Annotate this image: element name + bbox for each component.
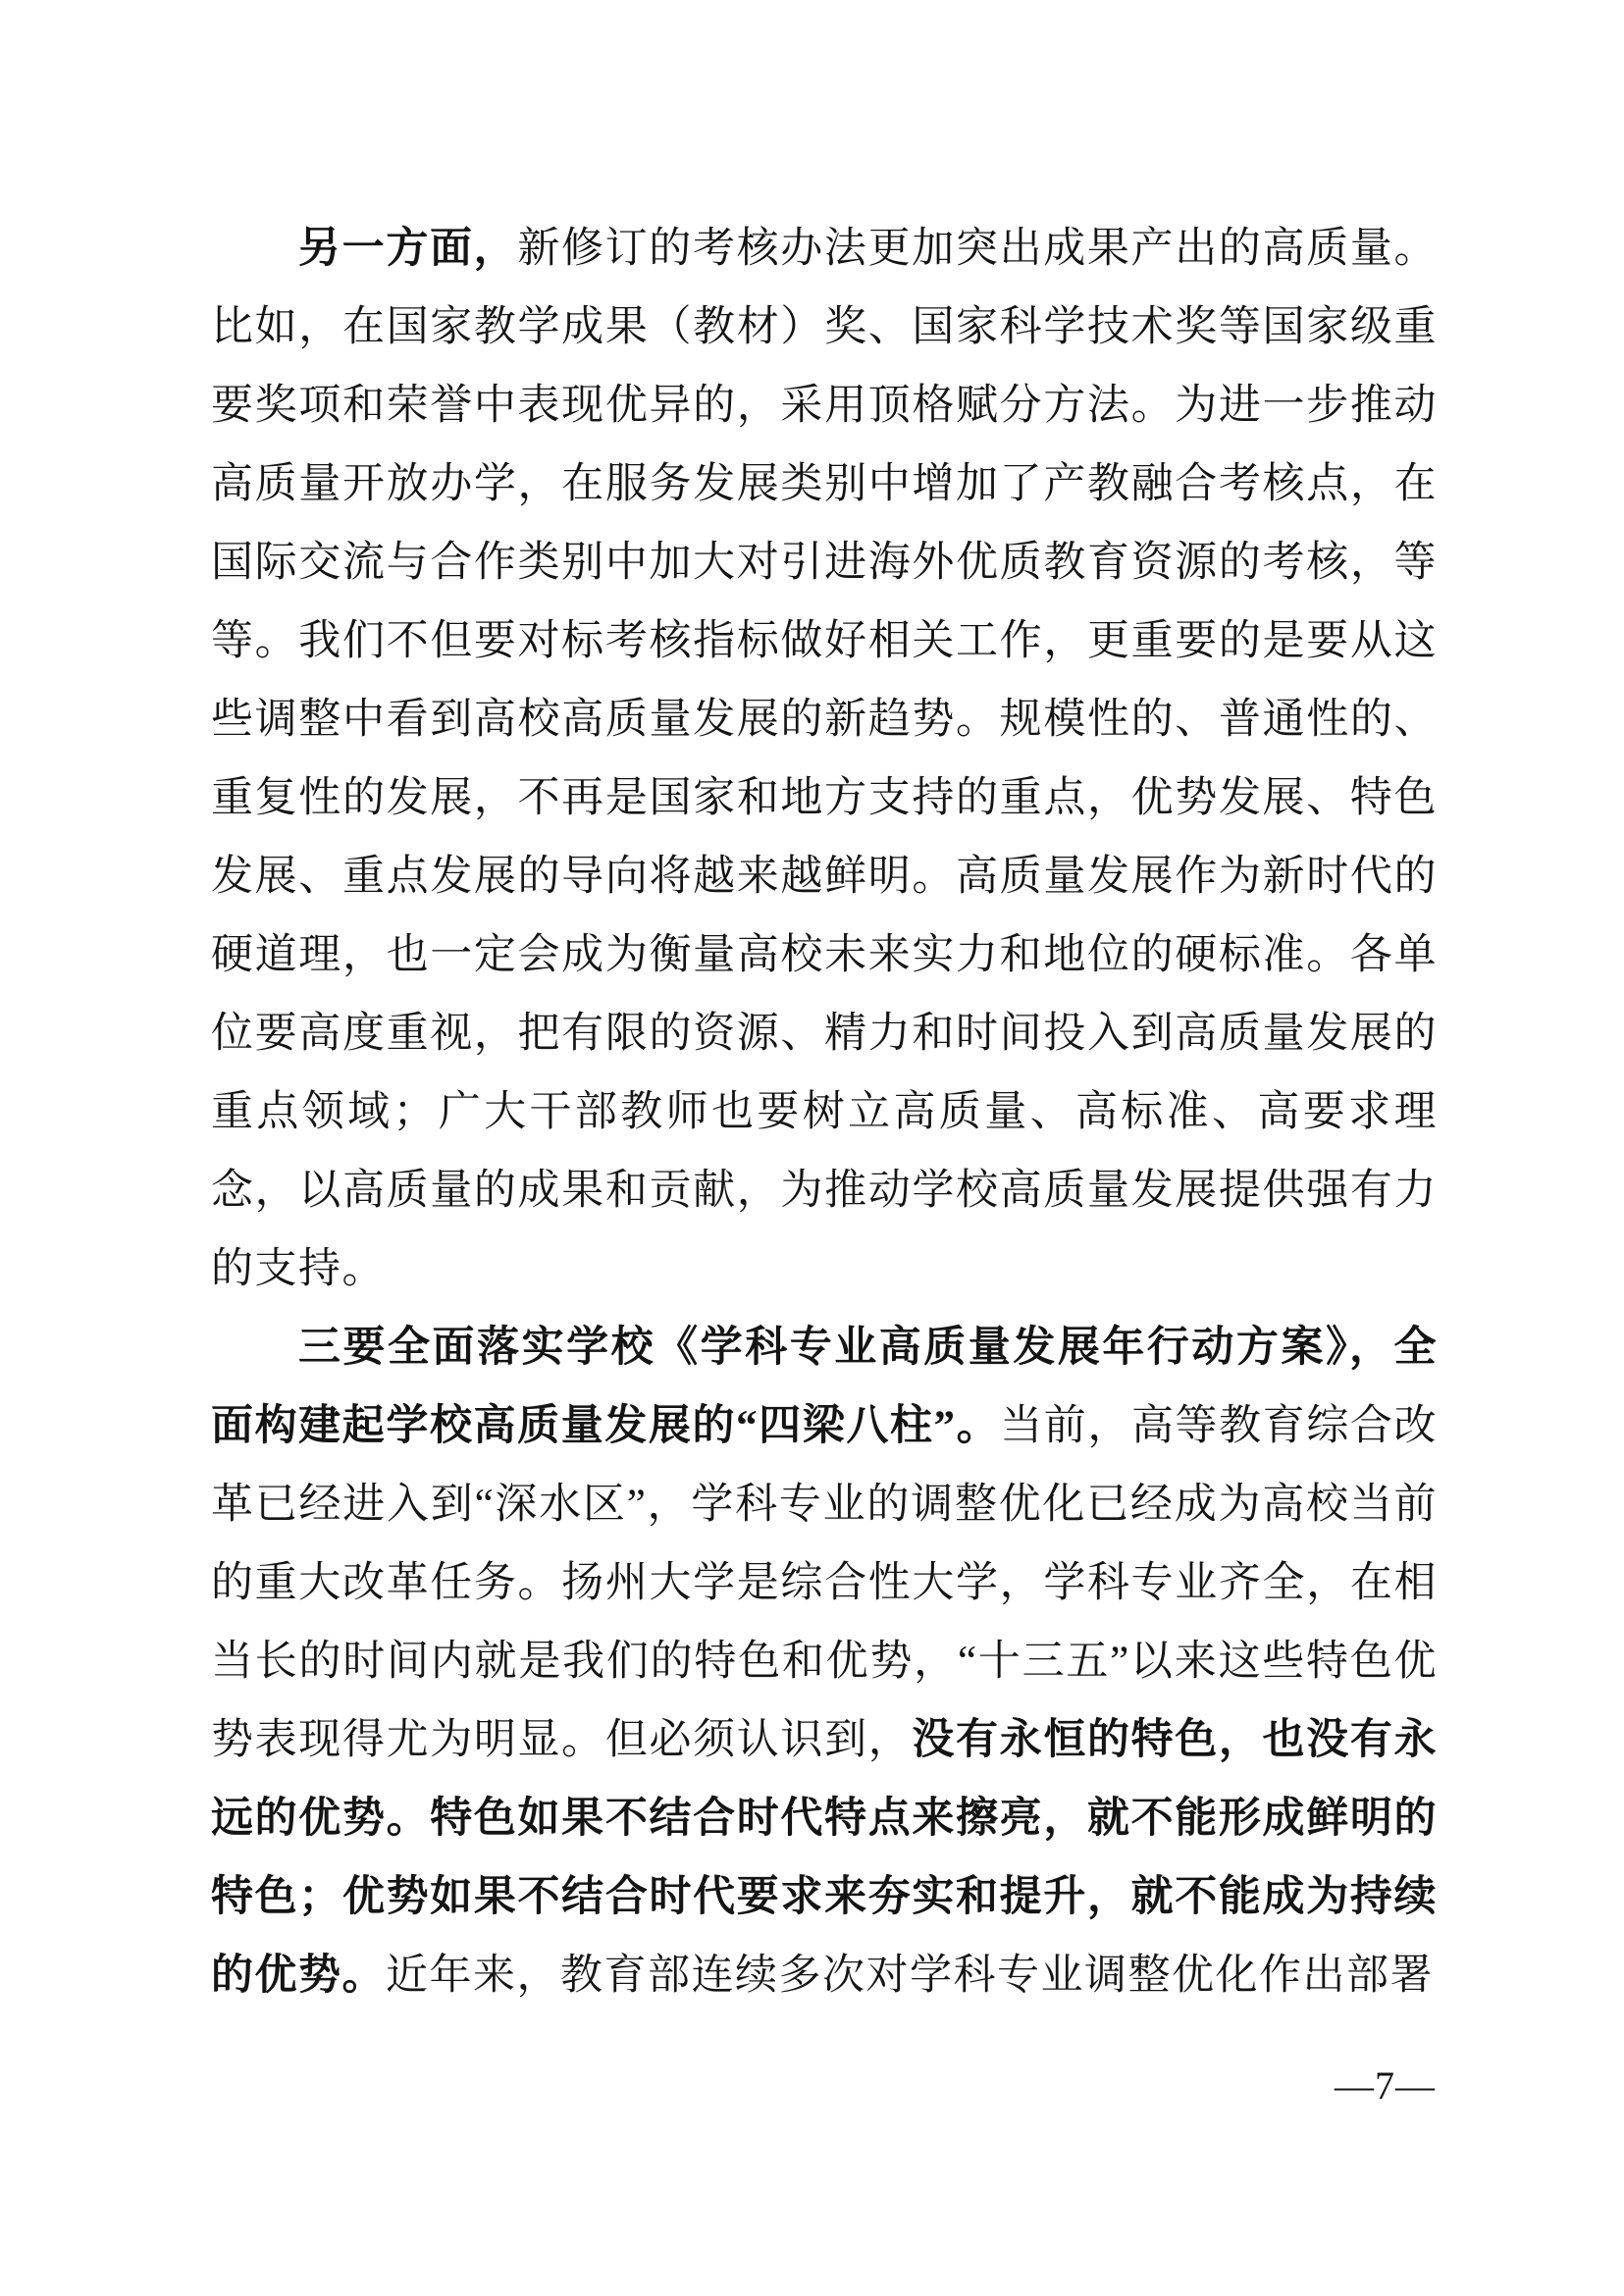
document-body: 另一方面，新修订的考核办法更加突出成果产出的高质量。比如，在国家教学成果（教材）…	[211, 210, 1438, 2015]
body-text: 近年来，教育部连续多次对学科专业调整优化作出部署	[386, 1953, 1434, 1999]
emphasis-text: 另一方面，	[298, 226, 517, 272]
body-text: 新修订的考核办法更加突出成果产出的高质量。比如，在国家教学成果（教材）奖、国家科…	[211, 226, 1438, 1292]
paragraph: 三要全面落实学校《学科专业高质量发展年行动方案》，全面构建起学校高质量发展的“四…	[211, 1309, 1438, 2015]
body-text: 当前，高等教育综合改革已经进入到“深水区”，学科专业的调整优化已经成为高校当前的…	[211, 1403, 1438, 1763]
page-number: —7—	[1335, 2061, 1436, 2112]
document-page: 另一方面，新修订的考核办法更加突出成果产出的高质量。比如，在国家教学成果（教材）…	[0, 0, 1624, 2296]
paragraph: 另一方面，新修订的考核办法更加突出成果产出的高质量。比如，在国家教学成果（教材）…	[211, 210, 1438, 1309]
